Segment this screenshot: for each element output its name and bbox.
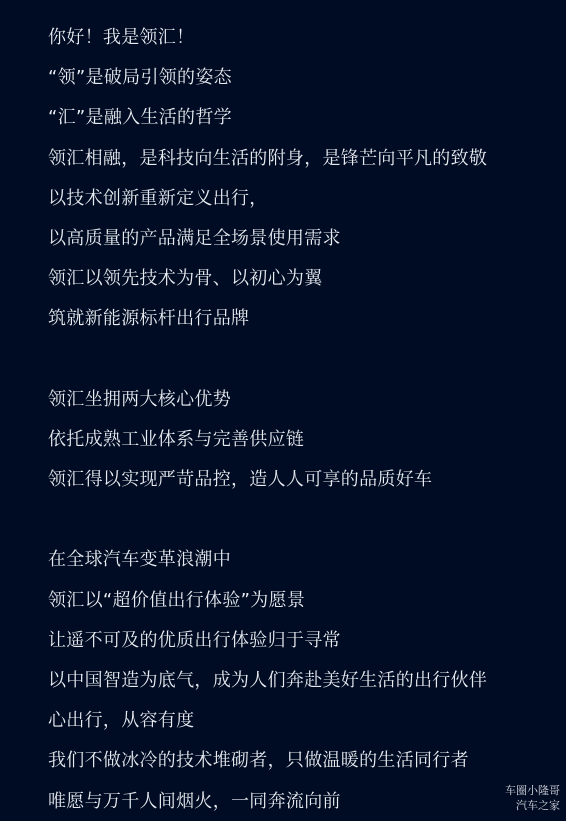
watermark: 车圈小隆哥 汽车之家 — [505, 783, 560, 813]
text-line: 唯愿与万千人间烟火，一同奔流向前 — [48, 782, 487, 821]
watermark-source: 汽车之家 — [505, 798, 560, 813]
paragraph-spacer — [48, 340, 487, 380]
text-line: “汇”是融入生活的哲学 — [48, 98, 487, 138]
text-line: 以高质量的产品满足全场景使用需求 — [48, 219, 487, 259]
text-line: 以中国智造为底气，成为人们奔赴美好生活的出行伙伴 — [48, 661, 487, 701]
text-line: 领汇得以实现严苛品控，造人人可享的品质好车 — [48, 460, 487, 500]
text-line: 领汇坐拥两大核心优势 — [48, 380, 487, 420]
text-line: “领”是破局引领的姿态 — [48, 58, 487, 98]
paragraph-vision: 在全球汽车变革浪潮中 领汇以“超价值出行体验”为愿景 让遥不可及的优质出行体验归… — [48, 540, 487, 821]
text-line: 你好！我是领汇！ — [48, 18, 487, 58]
text-line: 筑就新能源标杆出行品牌 — [48, 299, 487, 339]
text-line: 领汇以“超价值出行体验”为愿景 — [48, 581, 487, 621]
text-line: 领汇以领先技术为骨、以初心为翼 — [48, 259, 487, 299]
paragraph-advantages: 领汇坐拥两大核心优势 依托成熟工业体系与完善供应链 领汇得以实现严苛品控，造人人… — [48, 380, 487, 501]
text-line: 我们不做冰冷的技术堆砌者，只做温暖的生活同行者 — [48, 741, 487, 781]
text-line: 领汇相融，是科技向生活的附身，是锋芒向平凡的致敬 — [48, 139, 487, 179]
text-line: 在全球汽车变革浪潮中 — [48, 540, 487, 580]
paragraph-spacer — [48, 500, 487, 540]
text-line: 让遥不可及的优质出行体验归于寻常 — [48, 621, 487, 661]
text-line: 依托成熟工业体系与完善供应链 — [48, 420, 487, 460]
watermark-author: 车圈小隆哥 — [505, 783, 560, 798]
text-line: 以技术创新重新定义出行， — [48, 179, 487, 219]
paragraph-intro: 你好！我是领汇！ “领”是破局引领的姿态 “汇”是融入生活的哲学 领汇相融，是科… — [48, 18, 487, 340]
text-line: 心出行，从容有度 — [48, 701, 487, 741]
text-body: 你好！我是领汇！ “领”是破局引领的姿态 “汇”是融入生活的哲学 领汇相融，是科… — [48, 18, 487, 821]
